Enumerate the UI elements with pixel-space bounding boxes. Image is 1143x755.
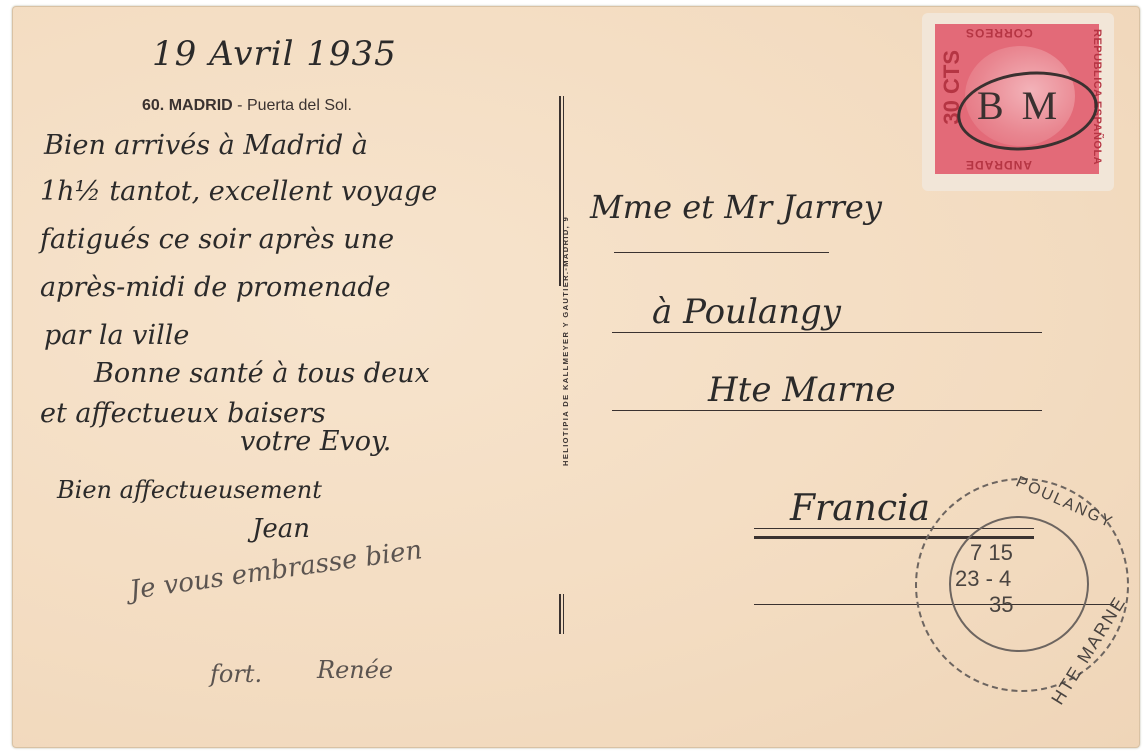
message-line: 1h½ tantot, excellent voyage — [40, 176, 437, 207]
message-line: fatigués ce soir après une — [40, 224, 394, 255]
address-line: Francia — [790, 488, 930, 529]
second-note-signature: Jean — [252, 514, 310, 544]
caption-separator: - — [237, 97, 242, 114]
caption-place: Puerta del Sol. — [247, 97, 352, 114]
message-line: et affectueux baisers — [40, 398, 326, 429]
center-divider-bottom-thin — [563, 594, 564, 634]
postmark-year: 35 — [989, 592, 1013, 618]
address-rule — [614, 252, 829, 253]
stamp-face: CORREOS ANDRADE REPUBLICA ESPAÑOLA 30 CT… — [935, 24, 1099, 174]
postmark-time: 7 15 — [970, 540, 1013, 566]
caption-number: 60. — [142, 97, 164, 114]
address-rule — [612, 410, 1042, 411]
printer-credit: HELIOTIPIA DE KALLMEYER Y GAUTIER.-MADRI… — [561, 216, 570, 466]
message-line: votre Evoy. — [240, 426, 391, 457]
stamp-top-text: CORREOS — [965, 26, 1033, 40]
message-line: par la ville — [44, 320, 189, 351]
stamp-bottom-text: ANDRADE — [965, 158, 1032, 172]
message-line: Bien arrivés à Madrid à — [44, 130, 368, 161]
third-note-line2: fort. — [210, 660, 262, 688]
center-divider-bottom — [559, 594, 561, 634]
third-note-signature: Renée — [317, 656, 393, 684]
stamp-overprint: B M — [977, 82, 1061, 129]
second-note-greeting: Bien affectueusement — [57, 476, 322, 504]
postmark: POULANGY 7 15 23 - 4 35 HTE MARNE — [915, 478, 1129, 692]
caption-city: MADRID — [169, 97, 233, 114]
message-line: après-midi de promenade — [40, 272, 391, 303]
printed-caption: 60. MADRID - Puerta del Sol. — [142, 97, 352, 115]
third-note-line1: Je vous embrasse bien — [128, 535, 424, 606]
postcard-back: 19 Avril 1935 60. MADRID - Puerta del So… — [12, 6, 1140, 748]
address-line: Hte Marne — [708, 370, 896, 410]
message-line: Bonne santé à tous deux — [94, 358, 430, 389]
handwritten-date: 19 Avril 1935 — [152, 34, 397, 74]
postmark-date: 23 - 4 — [955, 566, 1011, 592]
address-line: Mme et Mr Jarrey — [590, 188, 882, 226]
postage-stamp: CORREOS ANDRADE REPUBLICA ESPAÑOLA 30 CT… — [925, 16, 1111, 188]
address-line: à Poulangy — [652, 292, 841, 332]
address-rule — [612, 332, 1042, 333]
